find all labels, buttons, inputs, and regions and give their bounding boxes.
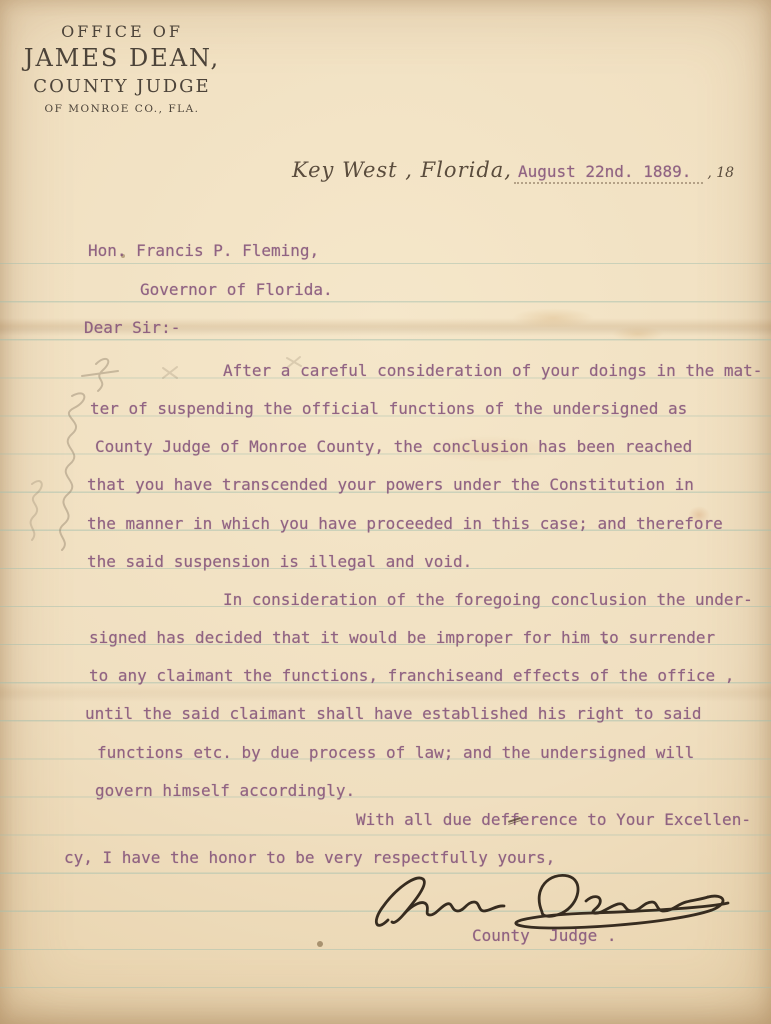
salutation: Dear Sir:- xyxy=(84,318,180,337)
paragraph-2: In consideration of the foregoing conclu… xyxy=(85,581,755,810)
paper-stain xyxy=(612,326,664,342)
body-line: the said suspension is illegal and void. xyxy=(85,543,755,581)
recipient-title: Governor of Florida. xyxy=(140,280,333,299)
dateline: Key West , Florida, August 22nd. 1889. ,… xyxy=(292,158,734,184)
ink-speck xyxy=(317,941,323,947)
dateline-place-script: Key West , Florida, xyxy=(292,158,512,182)
body-line: until the said claimant shall have estab… xyxy=(85,695,755,733)
closing-text-pre: With all due def xyxy=(356,810,510,829)
signature-name-text: James Dean xyxy=(0,0,1,1)
letterhead-county: OF MONROE CO., FLA. xyxy=(22,103,222,115)
body-line: functions etc. by due process of law; an… xyxy=(85,734,755,772)
body-line: that you have transcended your powers un… xyxy=(85,466,755,504)
letterhead-office-of: OFFICE OF xyxy=(22,22,222,41)
body-line: In consideration of the foregoing conclu… xyxy=(85,581,755,619)
letterhead-name: JAMES DEAN, xyxy=(22,44,222,72)
dateline-printed-year: , 18 xyxy=(707,165,734,181)
recipient-name: Hon. Francis P. Fleming, xyxy=(88,241,319,260)
closing-line-1: With all due defference to Your Excellen… xyxy=(356,810,751,829)
body-line: to any claimant the functions, franchise… xyxy=(85,657,755,695)
letterhead-title: COUNTY JUDGE xyxy=(22,76,222,97)
struck-out-letter: f xyxy=(510,810,520,829)
signature-title: County Judge . xyxy=(472,926,617,945)
letterhead: OFFICE OF JAMES DEAN, COUNTY JUDGE OF MO… xyxy=(22,22,222,115)
body-line: ter of suspending the official functions… xyxy=(85,390,755,428)
closing-text-post: erence to Your Excellen- xyxy=(520,810,751,829)
body-line: signed has decided that it would be impr… xyxy=(85,619,755,657)
paragraph-1: After a careful consideration of your do… xyxy=(85,352,755,581)
paper-stain xyxy=(512,308,594,328)
body-line: County Judge of Monroe County, the concl… xyxy=(85,428,755,466)
body-line: govern himself accordingly. xyxy=(85,772,755,810)
closing-line-2: cy, I have the honor to be very respectf… xyxy=(64,848,555,867)
body-line: After a careful consideration of your do… xyxy=(85,352,755,390)
letter-page: OFFICE OF JAMES DEAN, COUNTY JUDGE OF MO… xyxy=(0,0,771,1024)
body-line: the manner in which you have proceeded i… xyxy=(85,505,755,543)
dateline-typed-date: August 22nd. 1889. xyxy=(514,162,703,184)
